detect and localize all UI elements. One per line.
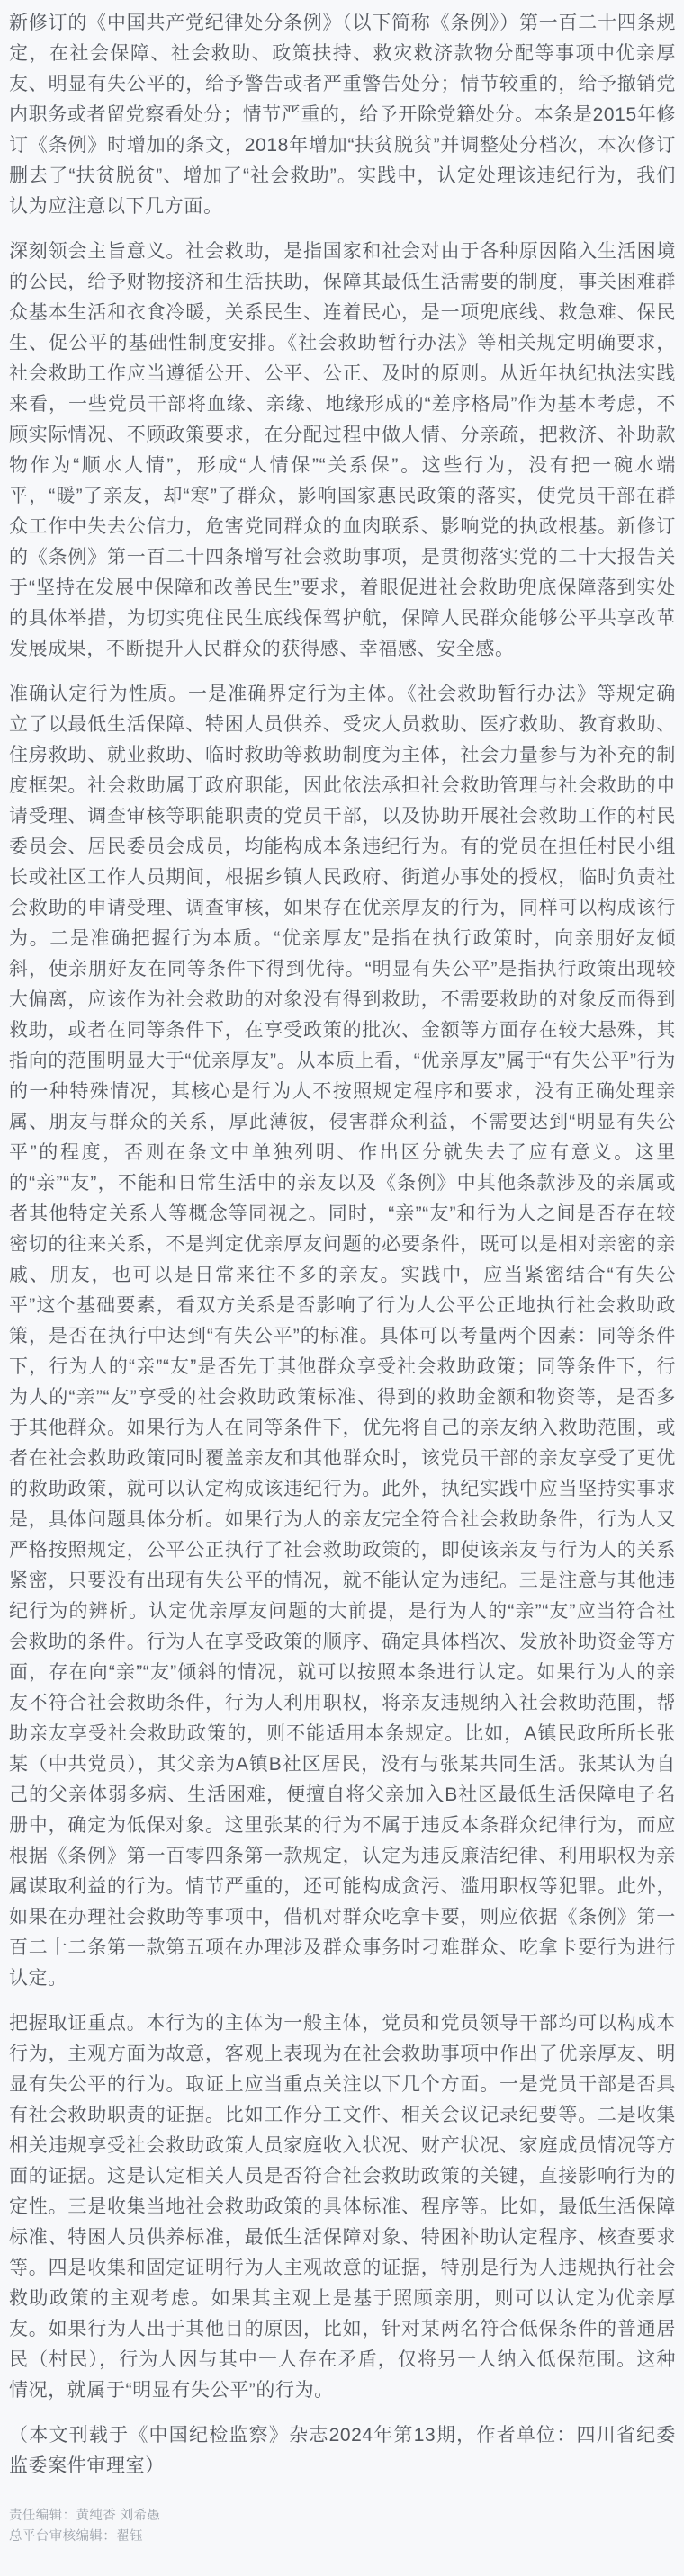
paragraph-main-significance: 深刻领会主旨意义。社会救助，是指国家和社会对由于各种原因陷入生活困境的公民，给予… xyxy=(9,237,676,665)
platform-review-editor-line: 总平台审核编辑：翟钰 xyxy=(9,2527,676,2547)
article-body: 新修订的《中国共产党纪律处分条例》（以下简称《条例》）第一百二十四条规定，在社会… xyxy=(0,0,684,2547)
paragraph-intro-regulation: 新修订的《中国共产党纪律处分条例》（以下简称《条例》）第一百二十四条规定，在社会… xyxy=(9,8,676,222)
editor-credits: 责任编辑：黄纯香 刘希愚 总平台审核编辑：翟钰 xyxy=(9,2506,676,2547)
source-note: （本文刊载于《中国纪检监察》杂志2024年第13期，作者单位：四川省纪委监委案件… xyxy=(9,2420,676,2482)
paragraph-behavior-nature: 准确认定行为性质。一是准确界定行为主体。《社会救助暂行办法》等规定确立了以最低生… xyxy=(9,679,676,1994)
paragraph-evidence-focus: 把握取证重点。本行为的主体为一般主体，党员和党员领导干部均可以构成本行为，主观方… xyxy=(9,2008,676,2406)
responsible-editor-line: 责任编辑：黄纯香 刘希愚 xyxy=(9,2506,676,2527)
